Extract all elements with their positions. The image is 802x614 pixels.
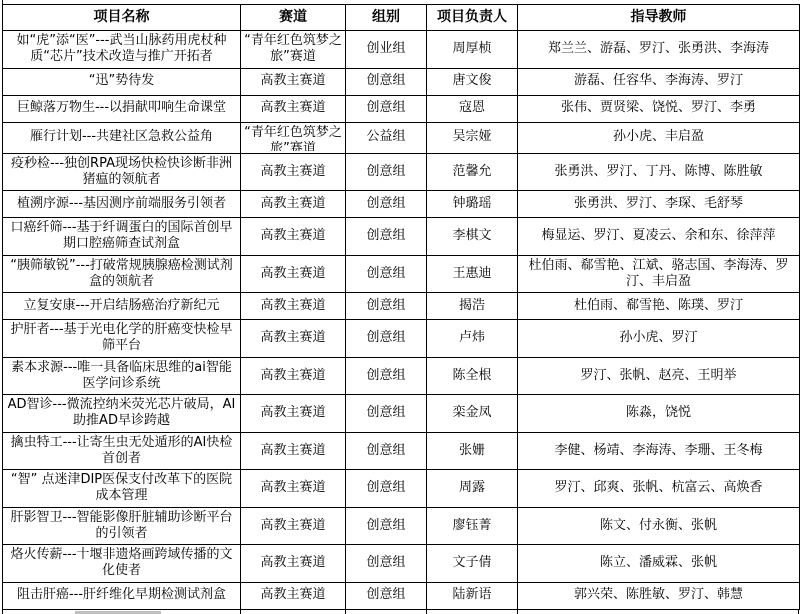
track-cell: “青年红色筑梦之旅”赛道	[241, 31, 346, 69]
project-name-cell: 雁行计划---共建社区急救公益角	[3, 122, 241, 153]
table-row: 阻击肝癌---肝纤维化早期检测试剂盒高教主赛道创意组陆新语郭兴荣、陈胜敏、罗汀、…	[3, 582, 800, 591]
track-cell: 高教主赛道	[241, 255, 346, 293]
table-header-row: 项目名称 赛道 组别 项目负责人 指导教师	[3, 5, 800, 31]
project-name-cell: AD智诊---微流控纳米荧光芯片破局，AI助推AD早诊跨越	[3, 395, 241, 433]
track-cell: 高教主赛道	[241, 582, 346, 591]
leader-cell: 唐文俊	[427, 68, 518, 95]
teachers-cell: 杜伯雨、郗雪艳、陈璞、罗汀	[518, 293, 800, 320]
table-row: 肝影智卫---智能影像肝脏辅助诊断平台的引领者高教主赛道创意组廖钰菁陈文、付永衡…	[3, 507, 800, 545]
group-cell: 创意组	[346, 582, 427, 591]
teachers-cell: 孙小虎、丰启盈	[518, 122, 800, 153]
header-project-name: 项目名称	[3, 5, 241, 31]
project-name-cell: 烙火传薪---十堰非遗烙画跨域传播的文化使者	[3, 545, 241, 583]
table-row: 擒虫特工---让寄生虫无处遁形的AI快检首创者高教主赛道创意组张姗李健、杨靖、李…	[3, 432, 800, 470]
project-name-cell: “胰筛敏锐”---打破常规胰腺癌检测试剂盒的领航者	[3, 255, 241, 293]
leader-cell: 李棋文	[427, 218, 518, 256]
leader-cell: 卢炜	[427, 320, 518, 358]
project-name-cell: 疫秒检---独创RPA现场快检快诊断非洲猪瘟的领航者	[3, 153, 241, 191]
track-cell: “青年红色筑梦之旅”赛道	[241, 122, 346, 153]
leader-cell: 张姗	[427, 432, 518, 470]
teachers-cell: 陈文、付永衡、张帆	[518, 507, 800, 545]
project-name-cell: 护肝者---基于光电化学的肝癌变快检早筛平台	[3, 320, 241, 358]
project-name-cell: 巨鲸落万物生---以捐献叩响生命课堂	[3, 95, 241, 122]
header-leader: 项目负责人	[427, 5, 518, 31]
leader-cell: 吴宗娅	[427, 122, 518, 153]
table-row: 如“虎”添“医”---武当山脉药用虎杖种质“芯片”技术改造与推广开拓者“青年红色…	[3, 31, 800, 69]
table-row: “胰筛敏锐”---打破常规胰腺癌检测试剂盒的领航者高教主赛道创意组王惠迪杜伯雨、…	[3, 255, 800, 293]
group-cell: 创意组	[346, 470, 427, 508]
table-row: 疫秒检---独创RPA现场快检快诊断非洲猪瘟的领航者高教主赛道创意组范馨允张勇洪…	[3, 153, 800, 191]
teachers-cell: 李健、杨靖、李海涛、李珊、王冬梅	[518, 432, 800, 470]
track-cell: 高教主赛道	[241, 357, 346, 395]
group-cell: 创意组	[346, 432, 427, 470]
leader-cell: 文子倩	[427, 545, 518, 583]
track-cell: 高教主赛道	[241, 395, 346, 433]
project-name-cell: 植溯序源---基因测序前端服务引领者	[3, 191, 241, 218]
project-name-cell: 肝影智卫---智能影像肝脏辅助诊断平台的引领者	[3, 507, 241, 545]
group-cell: 创意组	[346, 545, 427, 583]
teachers-cell: 梅显运、罗汀、夏凌云、余和东、徐萍萍	[518, 218, 800, 256]
track-cell: 高教主赛道	[241, 218, 346, 256]
teachers-cell: 张伟、贾贤梁、饶悦、罗汀、李勇	[518, 95, 800, 122]
header-group: 组别	[346, 5, 427, 31]
table-row: 植溯序源---基因测序前端服务引领者高教主赛道创意组钟璐瑶张勇洪、罗汀、李琛、毛…	[3, 191, 800, 218]
track-cell: 高教主赛道	[241, 432, 346, 470]
leader-cell: 范馨允	[427, 153, 518, 191]
table-row: 雁行计划---共建社区急救公益角“青年红色筑梦之旅”赛道公益组吴宗娅孙小虎、丰启…	[3, 122, 800, 153]
teachers-cell: 游磊、任容华、李海涛、罗汀	[518, 68, 800, 95]
projects-table: 项目名称 赛道 组别 项目负责人 指导教师 如“虎”添“医”---武当山脉药用虎…	[2, 4, 800, 591]
teachers-cell: 郑兰兰、游磊、罗汀、张勇洪、李海涛	[518, 31, 800, 69]
track-cell: 高教主赛道	[241, 293, 346, 320]
project-name-cell: 如“虎”添“医”---武当山脉药用虎杖种质“芯片”技术改造与推广开拓者	[3, 31, 241, 69]
track-cell: 高教主赛道	[241, 507, 346, 545]
leader-cell: 陆新语	[427, 582, 518, 591]
group-cell: 创意组	[346, 357, 427, 395]
teachers-cell: 郭兴荣、陈胜敏、罗汀、韩慧	[518, 582, 800, 591]
group-cell: 创意组	[346, 218, 427, 256]
leader-cell: 陈全根	[427, 357, 518, 395]
table-row: 口癌纤筛---基于纤调蛋白的国际首创早期口腔癌筛查试剂盒高教主赛道创意组李棋文梅…	[3, 218, 800, 256]
teachers-cell: 陈淼，饶悦	[518, 395, 800, 433]
leader-cell: 王惠迪	[427, 255, 518, 293]
track-cell: 高教主赛道	[241, 545, 346, 583]
group-cell: 创意组	[346, 191, 427, 218]
teachers-cell: 杜伯雨、郗雪艳、江斌、骆志国、李海涛、罗汀、丰启盈	[518, 255, 800, 293]
table-row: 立复安康---开启结肠癌治疗新纪元高教主赛道创意组揭浩杜伯雨、郗雪艳、陈璞、罗汀	[3, 293, 800, 320]
table-row: 烙火传薪---十堰非遗烙画跨域传播的文化使者高教主赛道创意组文子倩陈立、潘威霖、…	[3, 545, 800, 583]
group-cell: 创意组	[346, 507, 427, 545]
group-cell: 创意组	[346, 293, 427, 320]
document-table-sheet: 项目名称 赛道 组别 项目负责人 指导教师 如“虎”添“医”---武当山脉药用虎…	[2, 4, 800, 591]
header-track: 赛道	[241, 5, 346, 31]
project-name-cell: “智” 点迷津DIP医保支付改革下的医院成本管理	[3, 470, 241, 508]
teachers-cell: 孙小虎、罗汀	[518, 320, 800, 358]
group-cell: 创意组	[346, 153, 427, 191]
table-row: “迅”势待发高教主赛道创意组唐文俊游磊、任容华、李海涛、罗汀	[3, 68, 800, 95]
track-cell: 高教主赛道	[241, 320, 346, 358]
track-cell: 高教主赛道	[241, 153, 346, 191]
track-cell: 高教主赛道	[241, 470, 346, 508]
track-cell: 高教主赛道	[241, 68, 346, 95]
teachers-cell: 罗汀、张帆、赵亮、王明举	[518, 357, 800, 395]
group-cell: 公益组	[346, 122, 427, 153]
header-advising-teachers: 指导教师	[518, 5, 800, 31]
teachers-cell: 张勇洪、罗汀、丁丹、陈博、陈胜敏	[518, 153, 800, 191]
teachers-cell: 张勇洪、罗汀、李琛、毛舒琴	[518, 191, 800, 218]
leader-cell: 揭浩	[427, 293, 518, 320]
leader-cell: 栾金凤	[427, 395, 518, 433]
table-row: AD智诊---微流控纳米荧光芯片破局，AI助推AD早诊跨越高教主赛道创意组栾金凤…	[3, 395, 800, 433]
group-cell: 创意组	[346, 255, 427, 293]
leader-cell: 周露	[427, 470, 518, 508]
project-name-cell: 立复安康---开启结肠癌治疗新纪元	[3, 293, 241, 320]
table-row: 护肝者---基于光电化学的肝癌变快检早筛平台高教主赛道创意组卢炜孙小虎、罗汀	[3, 320, 800, 358]
group-cell: 创意组	[346, 68, 427, 95]
leader-cell: 周厚桢	[427, 31, 518, 69]
track-cell: 高教主赛道	[241, 95, 346, 122]
table-row: “智” 点迷津DIP医保支付改革下的医院成本管理高教主赛道创意组周露罗汀、邱爽、…	[3, 470, 800, 508]
project-name-cell: 口癌纤筛---基于纤调蛋白的国际首创早期口腔癌筛查试剂盒	[3, 218, 241, 256]
project-name-cell: 阻击肝癌---肝纤维化早期检测试剂盒	[3, 582, 241, 591]
teachers-cell: 罗汀、邱爽、张帆、杭富云、高焕香	[518, 470, 800, 508]
group-cell: 创意组	[346, 320, 427, 358]
table-row: 素本求源---唯一具备临床思维的ai智能医学问诊系统高教主赛道创意组陈全根罗汀、…	[3, 357, 800, 395]
group-cell: 创意组	[346, 395, 427, 433]
project-name-cell: 素本求源---唯一具备临床思维的ai智能医学问诊系统	[3, 357, 241, 395]
track-cell: 高教主赛道	[241, 191, 346, 218]
group-cell: 创业组	[346, 31, 427, 69]
leader-cell: 寇恩	[427, 95, 518, 122]
table-row: 巨鲸落万物生---以捐献叩响生命课堂高教主赛道创意组寇恩张伟、贾贤梁、饶悦、罗汀…	[3, 95, 800, 122]
leader-cell: 廖钰菁	[427, 507, 518, 545]
teachers-cell: 陈立、潘威霖、张帆	[518, 545, 800, 583]
project-name-cell: 擒虫特工---让寄生虫无处遁形的AI快检首创者	[3, 432, 241, 470]
group-cell: 创意组	[346, 95, 427, 122]
leader-cell: 钟璐瑶	[427, 191, 518, 218]
project-name-cell: “迅”势待发	[3, 68, 241, 95]
table-body: 如“虎”添“医”---武当山脉药用虎杖种质“芯片”技术改造与推广开拓者“青年红色…	[3, 31, 800, 592]
